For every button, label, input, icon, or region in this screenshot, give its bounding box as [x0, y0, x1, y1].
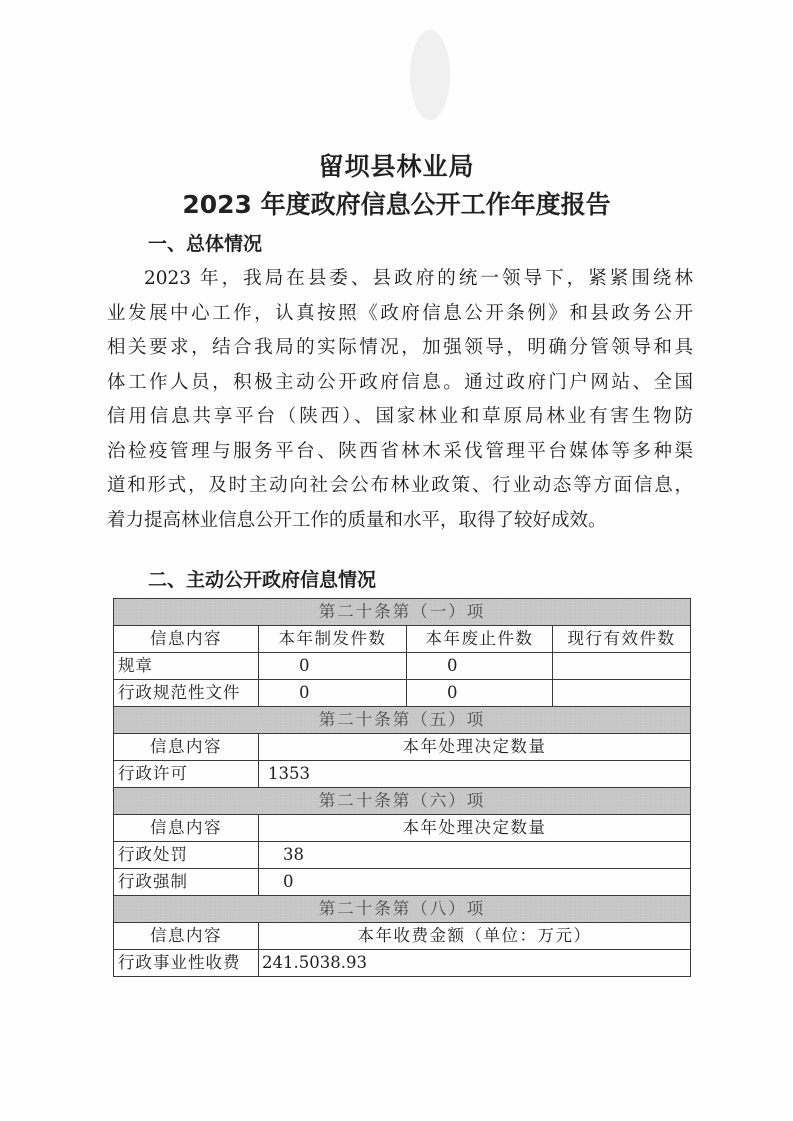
paragraph-line: 治检疫管理与服务平台、陕西省林木采伐管理平台媒体等多种渠 [107, 435, 693, 470]
paragraph-line: 信用信息共享平台（陕西）、国家林业和草原局林业有害生物防 [107, 400, 693, 435]
valid-count [553, 680, 691, 707]
issued-count: 0 [259, 680, 407, 707]
paragraph-line: 2023 年，我局在县委、县政府的统一领导下，紧紧围绕林 [107, 262, 693, 297]
table-row: 行政许可 1353 [114, 761, 691, 788]
column-header-abolished: 本年废止件数 [407, 626, 553, 653]
decision-count: 1353 [259, 761, 691, 788]
column-header-fee-amount: 本年收费金额（单位：万元） [259, 923, 691, 950]
table-header-row: 信息内容 本年处理决定数量 [114, 734, 691, 761]
column-header-issued: 本年制发件数 [259, 626, 407, 653]
valid-count [553, 653, 691, 680]
column-header-info-content: 信息内容 [114, 626, 259, 653]
row-label: 规章 [114, 653, 259, 680]
abolished-count: 0 [407, 653, 553, 680]
column-header-decisions: 本年处理决定数量 [259, 734, 691, 761]
issued-count: 0 [259, 653, 407, 680]
column-header-decisions: 本年处理决定数量 [259, 815, 691, 842]
document-page: 留坝县林业局 2023 年度政府信息公开工作年度报告 一、总体情况 2023 年… [0, 0, 793, 1121]
paragraph-line: 业发展中心工作，认真按照《政府信息公开条例》和县政务公开 [107, 297, 693, 332]
section-band-article-20-8: 第二十条第（八）项 [114, 896, 691, 923]
document-title-report: 2023 年度政府信息公开工作年度报告 [0, 188, 793, 222]
section-band-article-20-1: 第二十条第（一）项 [114, 599, 691, 626]
row-label: 行政规范性文件 [114, 680, 259, 707]
table-row: 规章 0 0 [114, 653, 691, 680]
column-header-valid: 现行有效件数 [553, 626, 691, 653]
table-band-row: 第二十条第（八）项 [114, 896, 691, 923]
table-row: 行政强制 0 [114, 869, 691, 896]
scan-artifact [410, 30, 450, 120]
table-header-row: 信息内容 本年收费金额（单位：万元） [114, 923, 691, 950]
paragraph-line: 体工作人员，积极主动公开政府信息。通过政府门户网站、全国 [107, 366, 693, 401]
column-header-info-content: 信息内容 [114, 923, 259, 950]
table-band-row: 第二十条第（一）项 [114, 599, 691, 626]
row-label: 行政处罚 [114, 842, 259, 869]
table-row: 行政规范性文件 0 0 [114, 680, 691, 707]
table-header-row: 信息内容 本年制发件数 本年废止件数 现行有效件数 [114, 626, 691, 653]
paragraph-line: 着力提高林业信息公开工作的质量和水平，取得了较好成效。 [107, 504, 693, 539]
decision-count: 0 [259, 869, 691, 896]
row-label: 行政事业性收费 [114, 950, 259, 977]
row-label: 行政强制 [114, 869, 259, 896]
table-band-row: 第二十条第（五）项 [114, 707, 691, 734]
overview-paragraph: 2023 年，我局在县委、县政府的统一领导下，紧紧围绕林 业发展中心工作，认真按… [107, 262, 693, 538]
section-band-article-20-5: 第二十条第（五）项 [114, 707, 691, 734]
table-header-row: 信息内容 本年处理决定数量 [114, 815, 691, 842]
abolished-count: 0 [407, 680, 553, 707]
fee-amount: 241.5038.93 [259, 950, 691, 977]
section-heading-overview: 一、总体情况 [148, 230, 262, 258]
paragraph-line: 道和形式，及时主动向社会公布林业政策、行业动态等方面信息， [107, 469, 693, 504]
column-header-info-content: 信息内容 [114, 815, 259, 842]
table-band-row: 第二十条第（六）项 [114, 788, 691, 815]
paragraph-line: 相关要求，结合我局的实际情况，加强领导，明确分管领导和具 [107, 331, 693, 366]
disclosure-table: 第二十条第（一）项 信息内容 本年制发件数 本年废止件数 现行有效件数 规章 0… [113, 598, 691, 977]
section-heading-proactive-disclosure: 二、主动公开政府信息情况 [148, 566, 376, 594]
table-row: 行政事业性收费 241.5038.93 [114, 950, 691, 977]
decision-count: 38 [259, 842, 691, 869]
row-label: 行政许可 [114, 761, 259, 788]
table-row: 行政处罚 38 [114, 842, 691, 869]
column-header-info-content: 信息内容 [114, 734, 259, 761]
section-band-article-20-6: 第二十条第（六）项 [114, 788, 691, 815]
document-title-organization: 留坝县林业局 [0, 150, 793, 184]
